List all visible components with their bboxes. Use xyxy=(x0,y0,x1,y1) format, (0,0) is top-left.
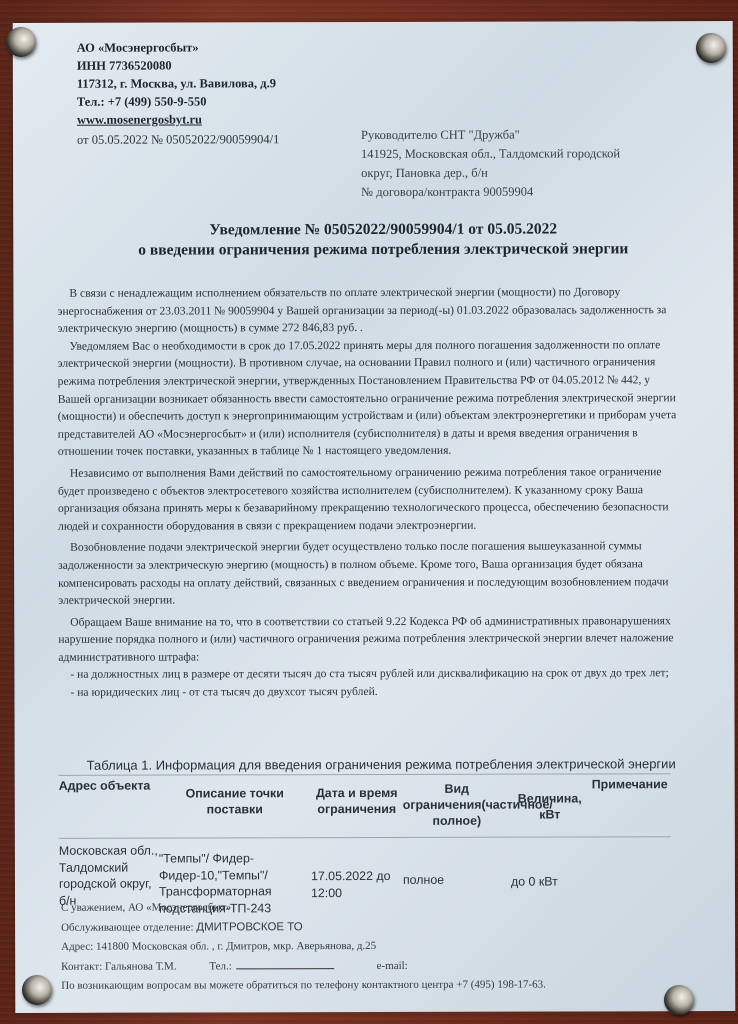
notice-sheet: АО «Мосэнергосбыт» ИНН 7736520080 117312… xyxy=(13,21,736,1013)
penalty-legal-entities: - на юридических лиц - от ста тысяч до д… xyxy=(58,682,680,701)
branch-label: Обслуживающее отделение: xyxy=(61,921,193,933)
table-header: Адрес объекта Описание точки поставки Да… xyxy=(59,773,671,839)
sender-phone: Тел.: +7 (499) 550-9-550 xyxy=(77,92,279,111)
header-supply-point: Описание точки поставки xyxy=(159,775,311,837)
phone-label: Тел.: xyxy=(209,960,232,972)
sender-address: 117312, г. Москва, ул. Вавилова, д.9 xyxy=(77,74,279,93)
notice-body: В связи с ненадлежащим исполнением обяза… xyxy=(57,283,680,701)
contact-line: Контакт: Гальянова Т.М. Тел.: e-mail: xyxy=(61,956,546,977)
email-label: e-mail: xyxy=(377,959,408,971)
paragraph-deadline: Уведомляем Вас о необходимости в срок до… xyxy=(58,336,680,461)
header-restriction-type: Вид ограничения(частичное/полное) xyxy=(403,775,511,837)
sender-block: АО «Мосэнергосбыт» ИНН 7736520080 117312… xyxy=(77,38,280,149)
header-datetime: Дата и время ограничения xyxy=(311,775,403,837)
cell-note xyxy=(589,841,671,913)
table-caption: Таблица 1. Информация для введения огран… xyxy=(87,756,676,773)
recipient-line: округ, Пановка дер., б/н xyxy=(361,163,620,183)
recipient-line: Руководителю СНТ "Дружба" xyxy=(361,125,620,145)
notice-title: Уведомление № 05052022/90059904/1 от 05.… xyxy=(53,219,713,261)
branch-address: Адрес: 141800 Московская обл. , г. Дмитр… xyxy=(61,937,546,958)
header-note: Примечание xyxy=(589,774,671,836)
title-line-1: Уведомление № 05052022/90059904/1 от 05.… xyxy=(53,219,713,241)
branch-value: ДМИТРОВСКОЕ ТО xyxy=(196,921,302,933)
paragraph-restriction: Независимо от выполнения Вами действий п… xyxy=(58,463,680,535)
sender-inn: ИНН 7736520080 xyxy=(77,56,279,75)
recipient-line: 141925, Московская обл., Талдомский горо… xyxy=(361,144,620,164)
paragraph-debt: В связи с ненадлежащим исполнением обяза… xyxy=(57,283,679,337)
hotline-line: По возникающим вопросам вы можете обрати… xyxy=(61,976,546,997)
recipient-block: Руководителю СНТ "Дружба" 141925, Москов… xyxy=(361,125,620,202)
pushpin-icon xyxy=(696,33,726,63)
sender-website-link[interactable]: www.mosenergosbyt.ru xyxy=(77,110,279,129)
pushpin-icon xyxy=(6,27,36,57)
header-address: Адрес объекта xyxy=(59,776,159,838)
recipient-contract: № договора/контракта 90059904 xyxy=(361,182,620,202)
phone-blank-line xyxy=(236,958,334,969)
paragraph-resumption: Возобновление подачи электрической энерг… xyxy=(58,538,680,610)
pushpin-icon xyxy=(664,985,694,1015)
title-line-2: о введении ограничения режима потреблени… xyxy=(53,239,713,261)
restriction-table: Адрес объекта Описание точки поставки Да… xyxy=(59,773,671,915)
branch-line: Обслуживающее отделение: ДМИТРОВСКОЕ ТО xyxy=(61,917,546,938)
contact-person: Контакт: Гальянова Т.М. xyxy=(61,960,176,972)
footer-block: С уважением, АО «Мосэнергосбыт» Обслужив… xyxy=(61,898,546,997)
document-reference: от 05.05.2022 № 05052022/90059904/1 xyxy=(77,130,279,149)
header-value-kw: Величина, кВт xyxy=(511,774,589,836)
sender-company: АО «Мосэнергосбыт» xyxy=(77,38,279,57)
penalty-officials: - на должностных лиц в размере от десяти… xyxy=(58,665,680,684)
pushpin-icon xyxy=(22,975,52,1005)
regards-line: С уважением, АО «Мосэнергосбыт» xyxy=(61,898,546,919)
paragraph-penalty: Обращаем Ваше внимание на то, что в соот… xyxy=(58,612,680,666)
